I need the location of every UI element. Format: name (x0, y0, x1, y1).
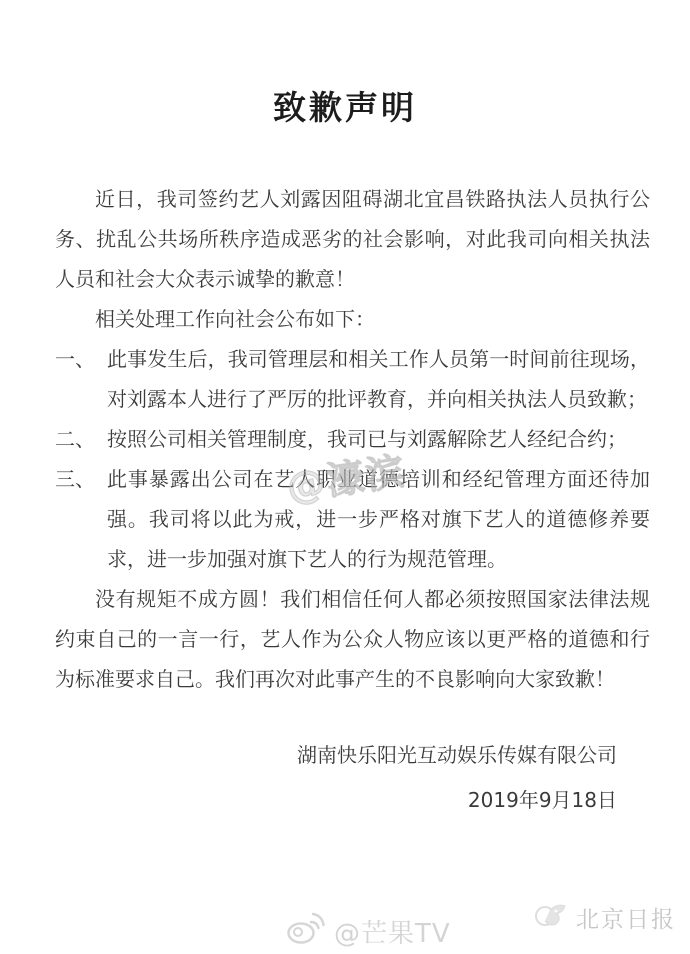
list-item: 二、 按照公司相关管理制度，我司已与刘露解除艺人经纪合约； (55, 419, 650, 459)
page-title: 致歉声明 (0, 82, 690, 129)
list-marker: 一、 (55, 339, 107, 419)
intro-paragraph: 近日，我司签约艺人刘露因阻碍湖北宜昌铁路执法人员执行公务、扰乱公共场所秩序造成恶… (55, 179, 650, 299)
statement-date: 2019年9月18日 (55, 778, 617, 823)
list-item-text: 按照公司相关管理制度，我司已与刘露解除艺人经纪合约； (107, 419, 650, 459)
announcement-line: 相关处理工作向社会公布如下： (55, 299, 650, 339)
list-marker: 三、 (55, 459, 107, 579)
apology-statement-page: 致歉声明 近日，我司签约艺人刘露因阻碍湖北宜昌铁路执法人员执行公务、扰乱公共场所… (0, 0, 690, 954)
closing-paragraph: 没有规矩不成方圆！我们相信任何人都必须按照国家法律法规约束自己的一言一行，艺人作… (55, 579, 650, 699)
list-marker: 二、 (55, 419, 107, 459)
list-item: 一、 此事发生后，我司管理层和相关工作人员第一时间前往现场，对刘露本人进行了严厉… (55, 339, 650, 419)
list-item: 三、 此事暴露出公司在艺人职业道德培训和经纪管理方面还待加强。我司将以此为戒，进… (55, 459, 650, 579)
document-body: 近日，我司签约艺人刘露因阻碍湖北宜昌铁路执法人员执行公务、扰乱公共场所秩序造成恶… (55, 179, 650, 823)
weibo-handle-text: @芒果TV (334, 913, 451, 950)
weibo-eye-icon (286, 910, 326, 953)
dove-logo-icon (532, 898, 570, 936)
company-signature: 湖南快乐阳光互动娱乐传媒有限公司 (55, 733, 617, 778)
list-item-text: 此事暴露出公司在艺人职业道德培训和经纪管理方面还待加强。我司将以此为戒，进一步严… (107, 459, 650, 579)
signature-block: 湖南快乐阳光互动娱乐传媒有限公司 2019年9月18日 (55, 733, 650, 823)
weibo-watermark: @芒果TV (286, 910, 451, 953)
list-item-text: 此事发生后，我司管理层和相关工作人员第一时间前往现场，对刘露本人进行了严厉的批评… (107, 339, 650, 419)
publisher-watermark: 北京日报 (532, 898, 676, 936)
publisher-name-text: 北京日报 (576, 901, 676, 934)
